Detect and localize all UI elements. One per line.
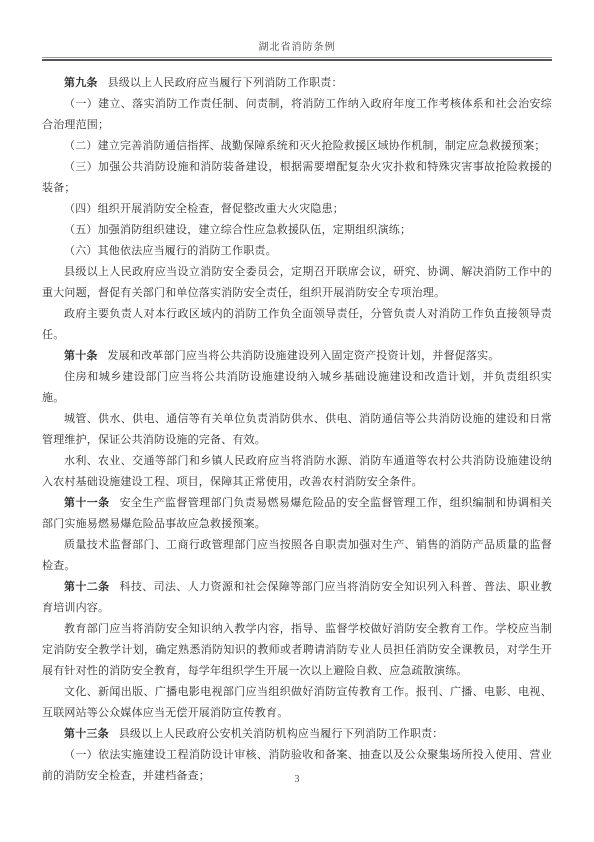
paragraph: （三）加强公共消防设施和消防装备建设，根据需要增配复杂火灾扑救和特殊灾害事故抢险… [42,157,552,199]
paragraph: （一）建立、落实消防工作责任制、问责制，将消防工作纳入政府年度工作考核体系和社会… [42,94,552,136]
paragraph: 县级以上人民政府应当设立消防安全委员会，定期召开联席会议，研究、协调、解决消防工… [42,262,552,304]
paragraph: （六）其他依法应当履行的消防工作职责。 [42,241,552,262]
paragraph-text: 发展和改革部门应当将公共消防设施建设列入固定资产投资计划，并督促落实。 [108,350,500,362]
page-footer: 3 [0,774,594,785]
paragraph-article-11: 第十一条安全生产监督管理部门负责易燃易爆危险品的安全监督管理工作，组织编制和协调… [42,493,552,535]
paragraph: 文化、新闻出版、广播电影电视部门应当组织做好消防宣传教育工作。报刊、广播、电影、… [42,682,552,724]
page-header: 湖北省消防条例 [42,38,552,61]
paragraph: （四）组织开展消防安全检查，督促整改重大火灾隐患； [42,199,552,220]
paragraph: 城管、供水、供电、通信等有关单位负责消防供水、供电、消防通信等公共消防设施的建设… [42,409,552,451]
paragraph-text: 县级以上人民政府公安机关消防机构应当履行下列消防工作职责： [119,728,444,740]
paragraph: 住房和城乡建设部门应当将公共消防设施建设纳入城乡基础设施建设和改造计划，并负责组… [42,367,552,409]
paragraph-article-12: 第十二条科技、司法、人力资源和社会保障等部门应当将消防安全知识列入科普、普法、职… [42,577,552,619]
paragraph: 教育部门应当将消防安全知识纳入教学内容，指导、监督学校做好消防安全教育工作。学校… [42,619,552,682]
article-number: 第九条 [64,77,98,89]
article-number: 第十二条 [64,581,110,593]
paragraph: 质量技术监督部门、工商行政管理部门应当按照各自职责加强对生产、销售的消防产品质量… [42,535,552,577]
paragraph-article-9: 第九条县级以上人民政府应当履行下列消防工作职责： [42,73,552,94]
article-number: 第十一条 [64,497,110,509]
paragraph-text: 县级以上人民政府应当履行下列消防工作职责： [108,77,343,89]
paragraph-text: 科技、司法、人力资源和社会保障等部门应当将消防安全知识列入科普、普法、职业教育培… [42,581,552,614]
document-body: 第九条县级以上人民政府应当履行下列消防工作职责： （一）建立、落实消防工作责任制… [42,73,552,787]
paragraph-article-13: 第十三条县级以上人民政府公安机关消防机构应当履行下列消防工作职责： [42,724,552,745]
header-title: 湖北省消防条例 [42,38,552,53]
paragraph: （二）建立完善消防通信指挥、战勤保障系统和灭火抢险救援区域协作机制，制定应急救援… [42,136,552,157]
page-number: 3 [295,774,300,785]
paragraph-text: 安全生产监督管理部门负责易燃易爆危险品的安全监督管理工作，组织编制和协调相关部门… [42,497,552,530]
header-rule [42,57,552,61]
article-number: 第十条 [64,350,98,362]
paragraph: （五）加强消防组织建设，建立综合性应急救援队伍，定期组织演练； [42,220,552,241]
document-page: 湖北省消防条例 第九条县级以上人民政府应当履行下列消防工作职责： （一）建立、落… [0,0,594,842]
article-number: 第十三条 [64,728,109,740]
paragraph: 政府主要负责人对本行政区域内的消防工作负全面领导责任，分管负责人对消防工作负直接… [42,304,552,346]
paragraph-article-10: 第十条发展和改革部门应当将公共消防设施建设列入固定资产投资计划，并督促落实。 [42,346,552,367]
paragraph: 水利、农业、交通等部门和乡镇人民政府应当将消防水源、消防车通道等农村公共消防设施… [42,451,552,493]
